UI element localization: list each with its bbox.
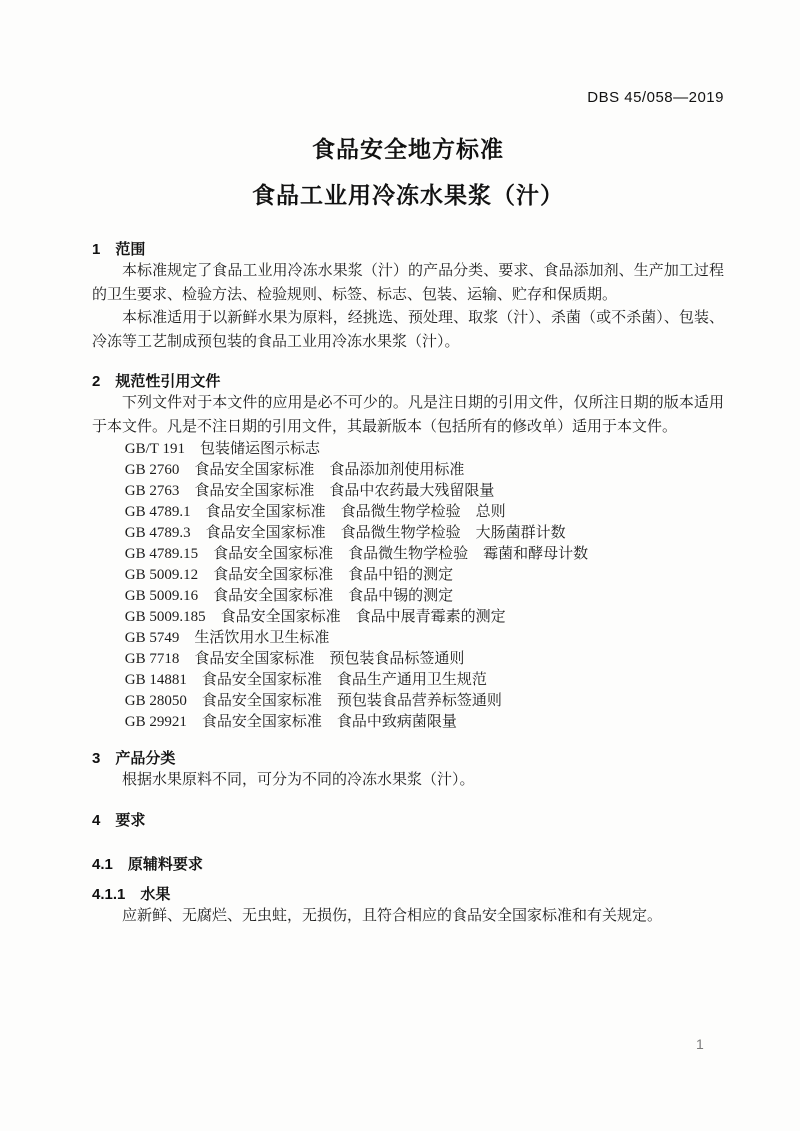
standard-code: DBS 45/058—2019 [92, 90, 724, 106]
reference-item: GB 5009.185 食品安全国家标准 食品中展青霉素的测定 [125, 607, 724, 628]
reference-item: GB 4789.3 食品安全国家标准 食品微生物学检验 大肠菌群计数 [125, 523, 724, 544]
section-4-1-raw-materials-heading: 4.1 原辅料要求 [92, 855, 724, 875]
reference-list: GB/T 191 包装储运图示标志 GB 2760 食品安全国家标准 食品添加剂… [92, 439, 724, 733]
reference-item: GB 29921 食品安全国家标准 食品中致病菌限量 [125, 712, 724, 733]
section-4-requirements-heading: 4 要求 [92, 811, 724, 831]
document-subtitle: 食品工业用冷冻水果浆（汁） [92, 180, 724, 210]
references-intro: 下列文件对于本文件的应用是必不可少的。凡是注日期的引用文件，仅所注日期的版本适用… [92, 392, 724, 439]
classification-paragraph: 根据水果原料不同，可分为不同的冷冻水果浆（汁）。 [92, 769, 724, 793]
scope-paragraph-2: 本标准适用于以新鲜水果为原料，经挑选、预处理、取浆（汁）、杀菌（或不杀菌）、包装… [92, 307, 724, 354]
fruit-requirements-paragraph: 应新鲜、无腐烂、无虫蛀，无损伤，且符合相应的食品安全国家标准和有关规定。 [92, 905, 724, 929]
section-1-scope-heading: 1 范围 [92, 240, 724, 260]
reference-item: GB/T 191 包装储运图示标志 [125, 439, 724, 460]
reference-item: GB 5749 生活饮用水卫生标准 [125, 628, 724, 649]
document-title: 食品安全地方标准 [92, 134, 724, 164]
reference-item: GB 5009.12 食品安全国家标准 食品中铅的测定 [125, 565, 724, 586]
reference-item: GB 7718 食品安全国家标准 预包装食品标签通则 [125, 649, 724, 670]
reference-item: GB 2760 食品安全国家标准 食品添加剂使用标准 [125, 460, 724, 481]
page-number: 1 [696, 1036, 704, 1052]
reference-item: GB 28050 食品安全国家标准 预包装食品营养标签通则 [125, 691, 724, 712]
reference-item: GB 4789.1 食品安全国家标准 食品微生物学检验 总则 [125, 502, 724, 523]
document-page: DBS 45/058—2019 食品安全地方标准 食品工业用冷冻水果浆（汁） 1… [0, 0, 800, 1131]
scope-paragraph-1: 本标准规定了食品工业用冷冻水果浆（汁）的产品分类、要求、食品添加剂、生产加工过程… [92, 260, 724, 307]
reference-item: GB 14881 食品安全国家标准 食品生产通用卫生规范 [125, 670, 724, 691]
section-4-1-1-fruit-heading: 4.1.1 水果 [92, 885, 724, 905]
reference-item: GB 4789.15 食品安全国家标准 食品微生物学检验 霉菌和酵母计数 [125, 544, 724, 565]
section-2-references-heading: 2 规范性引用文件 [92, 372, 724, 392]
section-3-classification-heading: 3 产品分类 [92, 749, 724, 769]
document-content: DBS 45/058—2019 食品安全地方标准 食品工业用冷冻水果浆（汁） 1… [0, 0, 800, 928]
reference-item: GB 2763 食品安全国家标准 食品中农药最大残留限量 [125, 481, 724, 502]
reference-item: GB 5009.16 食品安全国家标准 食品中锡的测定 [125, 586, 724, 607]
